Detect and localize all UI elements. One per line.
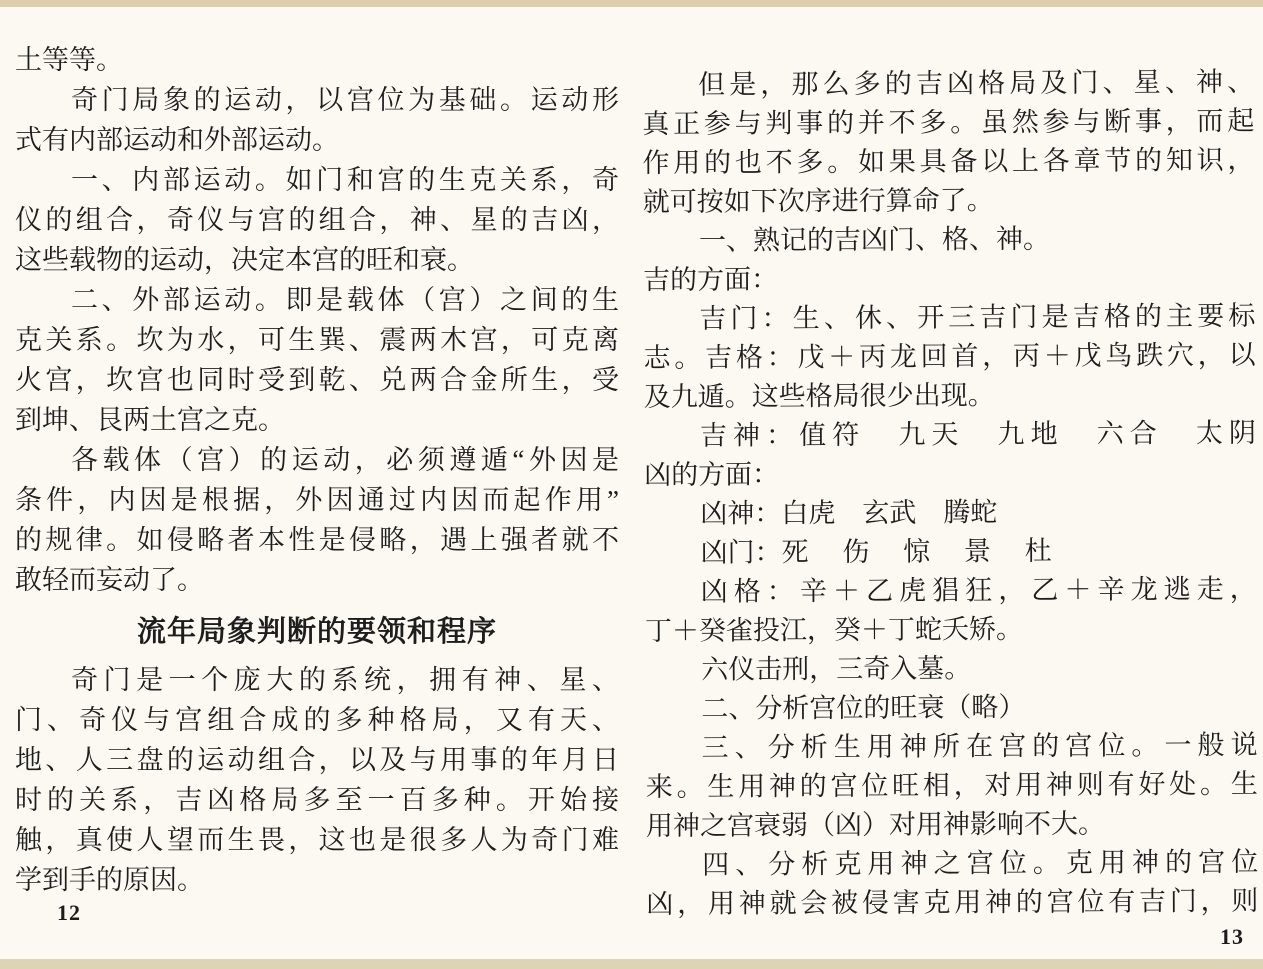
paragraph: 四、分析克用神之宫位。克用神的宫位 凶，用神就会被侵害克用神的宫位有吉门，则 — [646, 843, 1258, 924]
text-line: 的规律。如侵略者本性是侵略，遇上强者就不 — [15, 520, 619, 560]
text-line: 真正参与判事的并不多。虽然参与断事，而起 — [642, 102, 1254, 144]
text-line: 来。生用神的宫位旺相，对用神则有好处。生 — [646, 765, 1258, 807]
paragraph: 三、分析生用神所在宫的宫位。一般说 来。生用神的宫位旺相，对用神则有好处。生 用… — [645, 726, 1258, 846]
text-line: 克关系。坎为水，可生巽、震两木宫，可克离 — [15, 320, 619, 360]
paragraph: 吉神：值符 九天 九地 六合 太阴 — [644, 414, 1256, 456]
text-line: 地、人三盘的运动组合，以及与用事的年月日 — [15, 740, 619, 780]
page-number: 13 — [1220, 924, 1244, 950]
paragraph: 凶门：死 伤 惊 景 杜 — [644, 531, 1256, 573]
text-line: 三、分析生用神所在宫的宫位。一般说 — [645, 726, 1257, 768]
text-line: 一、内部运动。如门和宫的生克关系，奇 — [15, 160, 619, 200]
text-line: 凶神：白虎 玄武 腾蛇 — [644, 492, 1256, 534]
paragraph: 奇门是一个庞大的系统，拥有神、星、 门、奇仪与宫组合成的多种格局，又有天、 地、… — [15, 660, 619, 900]
right-page: 但是，那么多的吉凶格局及门、星、神、 真正参与判事的并不多。虽然参与断事，而起 … — [642, 63, 1258, 924]
text-line: 一、熟记的吉凶门、格、神。 — [643, 219, 1255, 261]
text-line: 四、分析克用神之宫位。克用神的宫位 — [646, 843, 1258, 885]
paragraph: 二、分析宫位的旺衰（略） — [645, 687, 1257, 729]
text-line: 用神之宫衰弱（凶）对用神影响不大。 — [646, 804, 1258, 846]
text-line: 吉门：生、休、开三吉门是吉格的主要标 — [643, 297, 1255, 339]
text-line: 凶门：死 伤 惊 景 杜 — [644, 531, 1256, 573]
text-line: 丁＋癸雀投江，癸＋丁蛇夭矫。 — [645, 609, 1257, 651]
text-line: 条件，内因是根据，外因通过内因而起作用” — [15, 480, 619, 520]
text-line: 及九遁。这些格局很少出现。 — [644, 375, 1256, 417]
paragraph: 但是，那么多的吉凶格局及门、星、神、 真正参与判事的并不多。虽然参与断事，而起 … — [642, 63, 1255, 222]
text-line: 各载体（宫）的运动，必须遵遁“外因是 — [15, 440, 619, 480]
text-line: 触，真使人望而生畏，这也是很多人为奇门难 — [15, 820, 619, 860]
text-line: 吉神：值符 九天 九地 六合 太阴 — [644, 414, 1256, 456]
paragraph: 凶格：辛＋乙虎猖狂，乙＋辛龙逃走， 丁＋癸雀投江，癸＋丁蛇夭矫。 — [645, 570, 1257, 651]
text-line: 六仪击刑，三奇入墓。 — [645, 648, 1257, 690]
text-line: 但是，那么多的吉凶格局及门、星、神、 — [642, 63, 1254, 105]
text-line: 火宫，坎宫也同时受到乾、兑两合金所生，受 — [15, 360, 619, 400]
text-line: 时的关系，吉凶格局多至一百多种。开始接 — [15, 780, 619, 820]
text-line: 奇门是一个庞大的系统，拥有神、星、 — [15, 660, 619, 700]
text-line: 到坤、艮两土宫之克。 — [15, 400, 619, 440]
paragraph: 一、熟记的吉凶门、格、神。 — [643, 219, 1255, 261]
text-line: 学到手的原因。 — [15, 860, 619, 900]
text-line: 志。吉格：戊＋丙龙回首，丙＋戊鸟跌穴，以 — [643, 336, 1255, 378]
scan-edge-top — [0, 0, 1263, 7]
paragraph: 吉门：生、休、开三吉门是吉格的主要标 志。吉格：戊＋丙龙回首，丙＋戊鸟跌穴，以 … — [643, 297, 1256, 417]
scan-edge-bottom — [0, 959, 1263, 969]
paragraph: 各载体（宫）的运动，必须遵遁“外因是 条件，内因是根据，外因通过内因而起作用” … — [15, 440, 619, 600]
text-line: 式有内部运动和外部运动。 — [15, 120, 619, 160]
paragraph: 凶神：白虎 玄武 腾蛇 — [644, 492, 1256, 534]
text-line: 门、奇仪与宫组合成的多种格局，又有天、 — [15, 700, 619, 740]
paragraph: 奇门局象的运动，以宫位为基础。运动形 式有内部运动和外部运动。 — [15, 80, 619, 160]
paragraph: 土等等。 — [15, 40, 619, 80]
text-line: 吉的方面： — [643, 258, 1255, 300]
text-line: 这些载物的运动，决定本宫的旺和衰。 — [15, 240, 619, 280]
paragraph: 吉的方面： — [643, 258, 1255, 300]
page-number: 12 — [57, 900, 81, 926]
text-line: 凶的方面： — [644, 453, 1256, 495]
paragraph: 一、内部运动。如门和宫的生克关系，奇 仪的组合，奇仪与宫的组合，神、星的吉凶， … — [15, 160, 619, 280]
text-line: 二、外部运动。即是载体（宫）之间的生 — [15, 280, 619, 320]
text-line: 就可按如下次序进行算命了。 — [643, 180, 1255, 222]
text-line: 土等等。 — [15, 40, 619, 80]
text-line: 敢轻而妄动了。 — [15, 560, 619, 600]
text-line: 作用的也不多。如果具备以上各章节的知识， — [642, 141, 1254, 183]
paragraph: 二、外部运动。即是载体（宫）之间的生 克关系。坎为水，可生巽、震两木宫，可克离 … — [15, 280, 619, 440]
section-heading: 流年局象判断的要领和程序 — [15, 610, 619, 654]
paragraph: 六仪击刑，三奇入墓。 — [645, 648, 1257, 690]
left-page: 土等等。 奇门局象的运动，以宫位为基础。运动形 式有内部运动和外部运动。 一、内… — [15, 40, 619, 900]
text-line: 凶，用神就会被侵害克用神的宫位有吉门，则 — [646, 882, 1258, 924]
paragraph: 凶的方面： — [644, 453, 1256, 495]
text-line: 奇门局象的运动，以宫位为基础。运动形 — [15, 80, 619, 120]
text-line: 凶格：辛＋乙虎猖狂，乙＋辛龙逃走， — [645, 570, 1257, 612]
text-line: 仪的组合，奇仪与宫的组合，神、星的吉凶， — [15, 200, 619, 240]
text-line: 二、分析宫位的旺衰（略） — [645, 687, 1257, 729]
